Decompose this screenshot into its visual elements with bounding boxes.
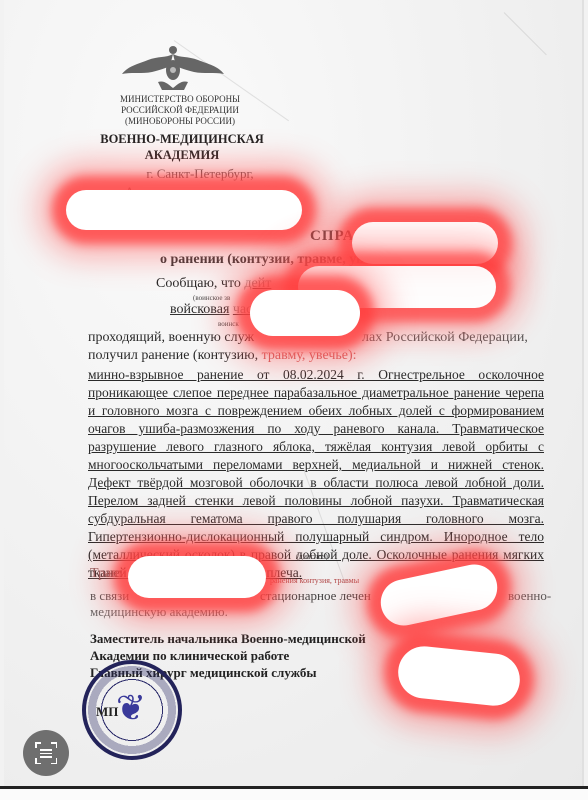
trauma-caption: ранения контузия, травмы [270,576,359,585]
diagnosis-line: и головного мозга с повреждением обеих л… [88,402,544,420]
stamp-label: МП [96,704,118,720]
text-scan-icon [35,742,57,764]
rank-value: дейт [244,276,271,291]
diagnosis-line: очагов ушиба-размозжения по ходу раневог… [88,420,544,438]
diagnosis-line: минно-взрывное ранение от 08.02.2024 г. … [88,366,544,384]
rank-caption: (воинское зв [193,294,230,302]
treatment-mid: стационарное лечен [260,588,371,604]
ministry-line: МИНИСТЕРСТВО ОБОРОНЫ [80,94,280,105]
text-scan-button[interactable] [23,730,69,776]
ministry-line: (МИНОБОРОНЫ РОССИИ) [80,116,280,127]
page-bottom-edge [0,786,588,800]
unit-label: войсковая [170,302,229,317]
academy-name: ВОЕННО-МЕДИЦИНСКАЯ [72,131,292,147]
trauma-label: Травм [90,566,126,582]
diagnosis-line: проникающее слепое переднее парабазально… [88,384,544,402]
injury-line: получил ранение (контузию, травму, увечь… [88,348,357,364]
academy-name: АКАДЕМИЯ [72,147,292,163]
service-line-start: проходящий, военную служ [88,330,254,346]
ministry-line: РОССИЙСКОЙ ФЕДЕРАЦИИ [80,105,280,116]
injury-label: получил ранение (контузию, [88,348,258,363]
redaction-mark [128,556,266,598]
eagle-emblem-icon [118,44,228,92]
redaction-mark [352,222,498,264]
redaction-mark [250,290,360,336]
city-line: г. Санкт-Петербург, [120,166,280,182]
diagnosis-line: Перелом задней стенки левой половины лоб… [88,492,544,510]
diagnosis-caption: (диагноз) [296,552,328,561]
treatment-start: в связи [90,588,129,604]
diagnosis-line: многооскольчатыми переломами верхней, ме… [88,456,544,474]
paper-crease [504,12,547,55]
treatment-end: военно- [508,588,551,604]
diagnosis-line: субдуральная гематома правого полушария … [88,510,544,528]
diagnosis-line: Гипертензионно-дислокационный полушарный… [88,528,544,546]
redaction-mark [66,190,302,230]
intro-text: Сообщаю, что дейт [156,276,271,292]
unit-caption: воинск [218,320,239,328]
signature-line: Заместитель начальника Военно-медицинско… [90,630,366,647]
diagnosis-line: разрушение левого глазного яблока, тяжёл… [88,438,544,456]
intro-label: Сообщаю, что [156,276,241,291]
unit-line: войсковая час [170,302,252,318]
injury-label-faded: травму, увечье): [262,348,357,363]
service-line-end: лах Российской Федерации, [362,330,528,346]
diagnosis-line: Дефект твёрдой мозговой оболочки в облас… [88,474,544,492]
diagnosis-text: минно-взрывное ранение от 08.02.2024 г. … [88,366,544,582]
treatment-line-2: медицинскую академию. [90,604,228,620]
